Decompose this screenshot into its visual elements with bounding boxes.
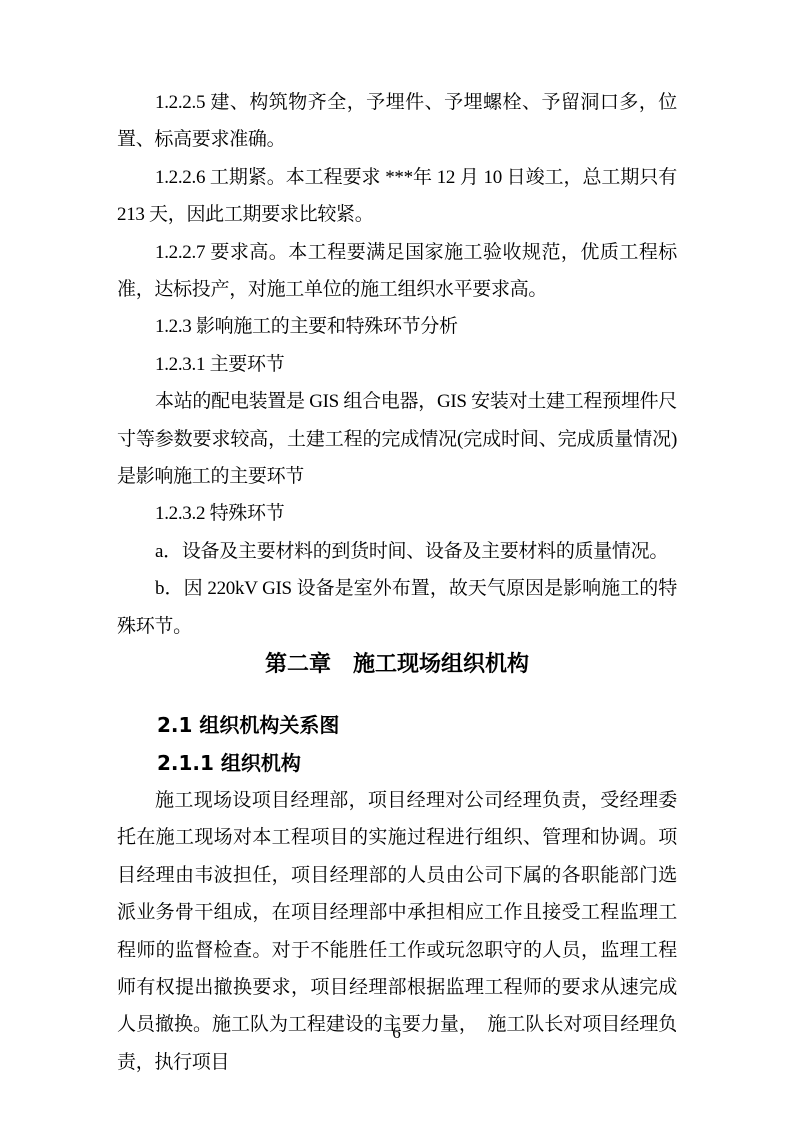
numbered-heading-line: 1.2.3.1 主要环节 — [117, 346, 677, 383]
chapter-heading: 第二章 施工现场组织机构 — [117, 645, 677, 685]
paragraph: 本站的配电装置是 GIS 组合电器，GIS 安装对土建工程预埋件尺寸等参数要求较… — [117, 383, 677, 495]
paragraph: 1.2.2.6 工期紧。本工程要求 ***年 12 月 10 日竣工，总工期只有… — [117, 159, 677, 234]
list-item-a: a．设备及主要材料的到货时间、设备及主要材料的质量情况。 — [117, 533, 677, 570]
numbered-heading-line: 1.2.3 影响施工的主要和特殊环节分析 — [117, 308, 677, 345]
page-number: 6 — [392, 1023, 401, 1042]
document-page: 1.2.2.5 建、构筑物齐全，予埋件、予埋螺栓、予留洞口多，位置、标高要求准确… — [0, 0, 793, 1122]
page-footer: 6 — [0, 1023, 793, 1042]
section-heading: 2.1 组织机构关系图 — [117, 707, 677, 744]
numbered-heading-line: 1.2.3.2 特殊环节 — [117, 495, 677, 532]
subsection-heading: 2.1.1 组织机构 — [117, 745, 677, 782]
paragraph: 1.2.2.5 建、构筑物齐全，予埋件、予埋螺栓、予留洞口多，位置、标高要求准确… — [117, 84, 677, 159]
list-item-b: b．因 220kV GIS 设备是室外布置，故天气原因是影响施工的特殊环节。 — [117, 570, 677, 645]
paragraph: 1.2.2.7 要求高。本工程要满足国家施工验收规范，优质工程标准，达标投产，对… — [117, 234, 677, 309]
document-body: 1.2.2.5 建、构筑物齐全，予埋件、予埋螺栓、予留洞口多，位置、标高要求准确… — [117, 84, 677, 1081]
